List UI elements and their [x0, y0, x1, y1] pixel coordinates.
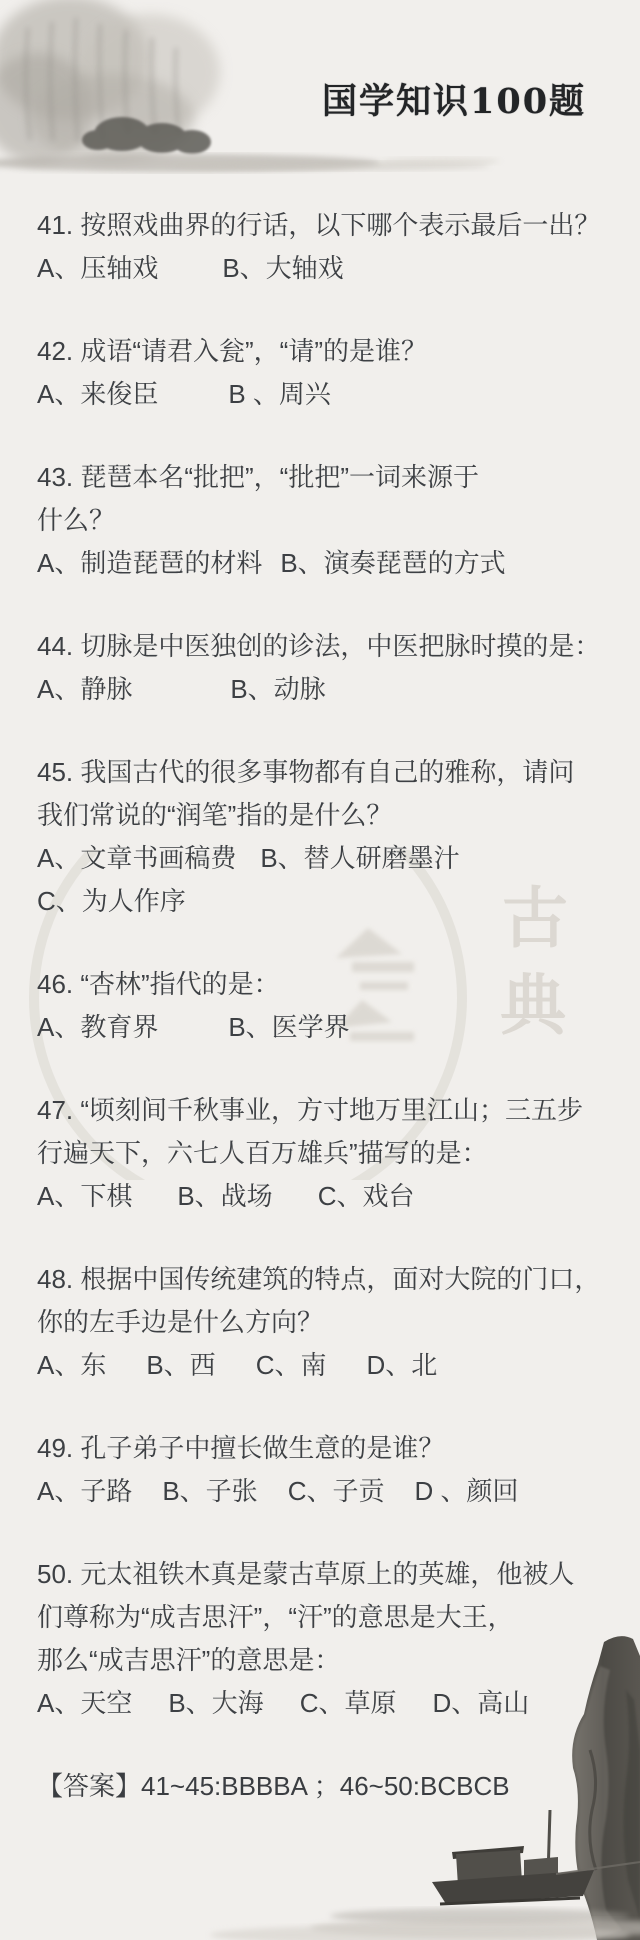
boat-pole: [556, 1862, 640, 1874]
option-c: C、戏台: [318, 1175, 415, 1218]
boat-mast: [548, 1810, 550, 1876]
option-c: C、为人作序: [37, 880, 186, 923]
question-text: 47. “顷刻间千秋事业，方寸地万里江山；三五步: [37, 1089, 615, 1132]
options-row: A、下棋 B、战场 C、戏台: [37, 1175, 615, 1218]
option-a: A、文章书画稿费: [37, 837, 236, 880]
question-41: 41. 按照戏曲界的行话，以下哪个表示最后一出？ A、压轴戏 B、大轴戏: [37, 204, 615, 290]
option-d: D、高山: [432, 1682, 529, 1725]
option-a: A、制造琵琶的材料: [37, 542, 262, 585]
question-46: 46. “杏林”指代的是： A、教育界 B、医学界: [37, 963, 615, 1049]
options-row: A、文章书画稿费 B、替人研磨墨汁: [37, 837, 615, 880]
option-b: B、大海: [168, 1682, 263, 1725]
option-c: C、南: [256, 1344, 327, 1387]
option-a: A、下棋: [37, 1175, 132, 1218]
option-b: B、医学界: [228, 1006, 349, 1049]
question-48: 48. 根据中国传统建筑的特点，面对大院的门口， 你的左手边是什么方向？ A、东…: [37, 1258, 615, 1387]
quiz-page: 古 典 国学知识100题 41. 按照戏曲界的行话，以下哪个表示最后一出？ A、…: [0, 0, 640, 1940]
water-reflection: [210, 1908, 640, 1940]
option-a: A、天空: [37, 1682, 132, 1725]
option-b: B、子张: [162, 1470, 257, 1513]
option-b: B、战场: [177, 1175, 272, 1218]
options-row: A、教育界 B、医学界: [37, 1006, 615, 1049]
question-text: 45. 我国古代的很多事物都有自己的雅称，请问: [37, 751, 615, 794]
option-b: B、演奏琵琶的方式: [280, 542, 505, 585]
options-row: A、子路 B、子张 C、子贡 D 、颜回: [37, 1470, 615, 1513]
option-b: B、大轴戏: [222, 247, 343, 290]
option-a: A、子路: [37, 1470, 132, 1513]
question-text: 什么？: [37, 499, 615, 542]
question-42: 42. 成语“请君入瓮”，“请”的是谁？ A、来俊臣 B 、周兴: [37, 330, 615, 416]
option-c: C、草原: [300, 1682, 397, 1725]
question-text: 们尊称为“成吉思汗”，“汗”的意思是大王，: [37, 1596, 615, 1639]
options-row: A、东 B、西 C、南 D、北: [37, 1344, 615, 1387]
options-row: A、制造琵琶的材料 B、演奏琵琶的方式: [37, 542, 615, 585]
options-row: A、压轴戏 B、大轴戏: [37, 247, 615, 290]
page-title: 国学知识100题: [322, 76, 622, 132]
option-b: B、动脉: [230, 668, 325, 711]
question-text: 你的左手边是什么方向？: [37, 1301, 615, 1344]
question-47: 47. “顷刻间千秋事业，方寸地万里江山；三五步 行遍天下，六七人百万雄兵”描写…: [37, 1089, 615, 1218]
question-text: 43. 琵琶本名“批把”，“批把”一词来源于: [37, 456, 615, 499]
question-49: 49. 孔子弟子中擅长做生意的是谁？ A、子路 B、子张 C、子贡 D 、颜回: [37, 1427, 615, 1513]
question-text: 44. 切脉是中医独创的诊法，中医把脉时摸的是：: [37, 625, 615, 668]
question-50: 50. 元太祖铁木真是蒙古草原上的英雄，他被人 们尊称为“成吉思汗”，“汗”的意…: [37, 1553, 615, 1725]
option-c: C、子贡: [288, 1470, 385, 1513]
option-b: B 、周兴: [228, 373, 331, 416]
option-a: A、来俊臣: [37, 373, 158, 416]
options-row: C、为人作序: [37, 880, 615, 923]
option-a: A、东: [37, 1344, 106, 1387]
question-text: 行遍天下，六七人百万雄兵”描写的是：: [37, 1132, 615, 1175]
answer-key: 【答案】41~45:BBBBA ；46~50:BCBCB: [37, 1765, 615, 1808]
question-text: 41. 按照戏曲界的行话，以下哪个表示最后一出？: [37, 204, 615, 247]
question-text: 46. “杏林”指代的是：: [37, 963, 615, 1006]
question-text: 那么“成吉思汗”的意思是：: [37, 1639, 615, 1682]
question-43: 43. 琵琶本名“批把”，“批把”一词来源于 什么？ A、制造琵琶的材料 B、演…: [37, 456, 615, 585]
question-text: 48. 根据中国传统建筑的特点，面对大院的门口，: [37, 1258, 615, 1301]
options-row: A、天空 B、大海 C、草原 D、高山: [37, 1682, 615, 1725]
option-d: D、北: [366, 1344, 437, 1387]
boat: [432, 1810, 640, 1904]
options-row: A、来俊臣 B 、周兴: [37, 373, 615, 416]
option-b: B、替人研磨墨汁: [260, 837, 459, 880]
option-a: A、静脉: [37, 668, 132, 711]
option-d: D 、颜回: [414, 1470, 518, 1513]
option-b: B、西: [146, 1344, 215, 1387]
question-text: 42. 成语“请君入瓮”，“请”的是谁？: [37, 330, 615, 373]
option-a: A、压轴戏: [37, 247, 158, 290]
question-text: 50. 元太祖铁木真是蒙古草原上的英雄，他被人: [37, 1553, 615, 1596]
options-row: A、静脉 B、动脉: [37, 668, 615, 711]
question-45: 45. 我国古代的很多事物都有自己的雅称，请问 我们常说的“润笔”指的是什么？ …: [37, 751, 615, 923]
option-a: A、教育界: [37, 1006, 158, 1049]
question-text: 49. 孔子弟子中擅长做生意的是谁？: [37, 1427, 615, 1470]
question-44: 44. 切脉是中医独创的诊法，中医把脉时摸的是： A、静脉 B、动脉: [37, 625, 615, 711]
question-text: 我们常说的“润笔”指的是什么？: [37, 794, 615, 837]
question-list: 41. 按照戏曲界的行话，以下哪个表示最后一出？ A、压轴戏 B、大轴戏 42.…: [37, 204, 615, 1808]
